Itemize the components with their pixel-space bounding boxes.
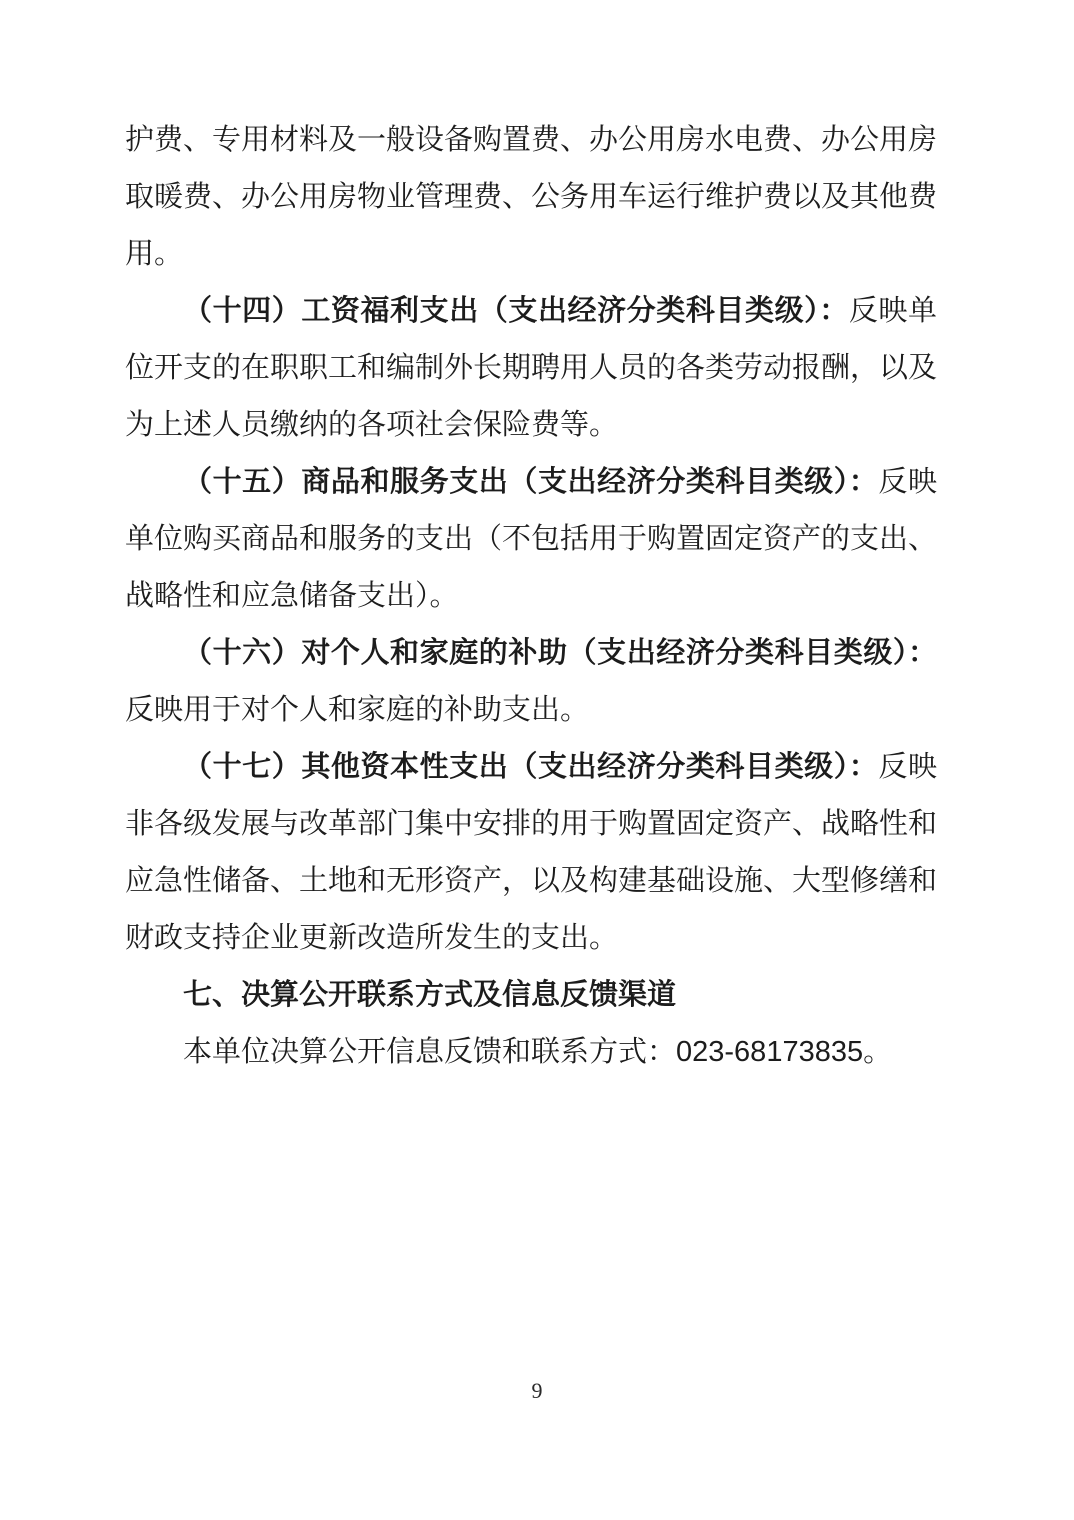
document-page: 护费、专用材料及一般设备购置费、办公用房水电费、办公用房取暖费、办公用房物业管理… — [0, 0, 1074, 1520]
contact-prefix: 本单位决算公开信息反馈和联系方式： — [183, 1036, 676, 1068]
section-16-label: （十六）对个人和家庭的补助（支出经济分类科目类级）： — [183, 637, 937, 669]
section-15-paragraph: （十五）商品和服务支出（支出经济分类科目类级）：反映单位购买商品和服务的支出（不… — [125, 454, 937, 625]
section-14-label: （十四）工资福利支出（支出经济分类科目类级）： — [183, 295, 849, 327]
section-16-paragraph: （十六）对个人和家庭的补助（支出经济分类科目类级）：反映用于对个人和家庭的补助支… — [125, 625, 937, 739]
contact-phone: 023-68173835 — [676, 1036, 863, 1068]
section-17-label: （十七）其他资本性支出（支出经济分类科目类级）： — [183, 751, 878, 783]
page-number: 9 — [0, 1378, 1074, 1404]
section-17-paragraph: （十七）其他资本性支出（支出经济分类科目类级）：反映非各级发展与改革部门集中安排… — [125, 739, 937, 967]
paragraph-expense-continuation: 护费、专用材料及一般设备购置费、办公用房水电费、办公用房取暖费、办公用房物业管理… — [125, 112, 937, 283]
heading-section-seven: 七、决算公开联系方式及信息反馈渠道 — [125, 967, 937, 1024]
section-14-paragraph: （十四）工资福利支出（支出经济分类科目类级）：反映单位开支的在职职工和编制外长期… — [125, 283, 937, 454]
section-15-label: （十五）商品和服务支出（支出经济分类科目类级）： — [183, 466, 878, 498]
contact-line: 本单位决算公开信息反馈和联系方式：023-68173835。 — [125, 1024, 937, 1081]
section-16-body: 反映用于对个人和家庭的补助支出。 — [125, 694, 589, 726]
contact-suffix: 。 — [863, 1036, 892, 1068]
document-body: 护费、专用材料及一般设备购置费、办公用房水电费、办公用房取暖费、办公用房物业管理… — [125, 112, 937, 1081]
